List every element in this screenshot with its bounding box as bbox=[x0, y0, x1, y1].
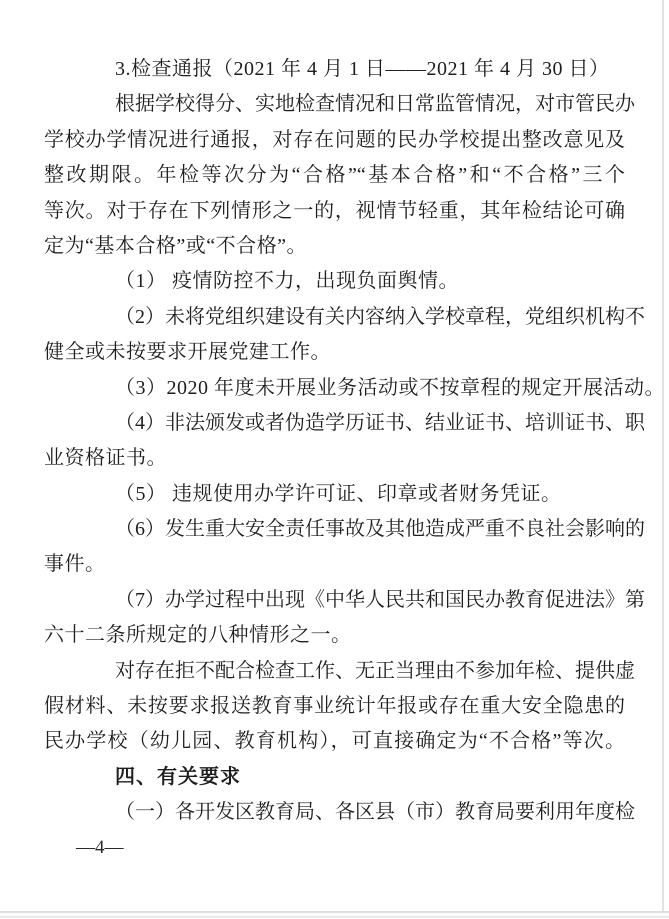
text-line: 学校办学情况进行通报，对存在问题的民办学校提出整改意见及 bbox=[44, 123, 625, 158]
page-edge-bottom bbox=[0, 911, 669, 913]
text-line: 定为“基本合格”或“不合格”。 bbox=[44, 229, 625, 264]
list-item-4: （4）非法颁发或者伪造学历证书、结业证书、培训证书、职 bbox=[44, 406, 625, 441]
list-item-6: （6）发生重大安全责任事故及其他造成严重不良社会影响的 bbox=[44, 512, 625, 547]
page-number: —4— bbox=[76, 838, 124, 858]
text-line: 民办学校（幼儿园、教育机构），可直接确定为“不合格”等次。 bbox=[44, 724, 625, 759]
text-line: 健全或未按要求开展党建工作。 bbox=[44, 335, 625, 370]
section-heading-requirements: 四、有关要求 bbox=[44, 760, 625, 795]
text-line: （一）各开发区教育局、各区县（市）教育局要利用年度检 bbox=[44, 795, 625, 830]
text-line: 假材料、未按要求报送教育事业统计年报或存在重大安全隐患的 bbox=[44, 689, 625, 724]
text-line: 根据学校得分、实地检查情况和日常监管情况，对市管民办 bbox=[44, 87, 625, 122]
text-block: 3.检查通报（2021 年 4 月 1 日——2021 年 4 月 30 日） … bbox=[44, 52, 625, 831]
document-page: 3.检查通报（2021 年 4 月 1 日——2021 年 4 月 30 日） … bbox=[0, 0, 669, 919]
list-item-7: （7）办学过程中出现《中华人民共和国民办教育促进法》第 bbox=[44, 583, 625, 618]
text-line: 事件。 bbox=[44, 547, 625, 582]
list-item-1: （1） 疫情防控不力，出现负面舆情。 bbox=[44, 264, 625, 299]
text-line: 对存在拒不配合检查工作、无正当理由不参加年检、提供虚 bbox=[44, 654, 625, 689]
page-edge-right bbox=[662, 0, 664, 913]
text-line: 整改期限。年检等次分为“合格”“基本合格”和“不合格”三个 bbox=[44, 158, 625, 193]
text-line: 等次。对于存在下列情形之一的，视情节轻重，其年检结论可确 bbox=[44, 194, 625, 229]
list-item-3: （3）2020 年度未开展业务活动或不按章程的规定开展活动。 bbox=[44, 371, 625, 406]
subsection-heading-inspection-notice: 3.检查通报（2021 年 4 月 1 日——2021 年 4 月 30 日） bbox=[44, 52, 625, 87]
list-item-2: （2）未将党组织建设有关内容纳入学校章程，党组织机构不 bbox=[44, 300, 625, 335]
page-edge-bottom-lower bbox=[0, 916, 669, 918]
text-line: 六十二条所规定的八种情形之一。 bbox=[44, 618, 625, 653]
list-item-5: （5） 违规使用办学许可证、印章或者财务凭证。 bbox=[44, 477, 625, 512]
text-line: 业资格证书。 bbox=[44, 441, 625, 476]
